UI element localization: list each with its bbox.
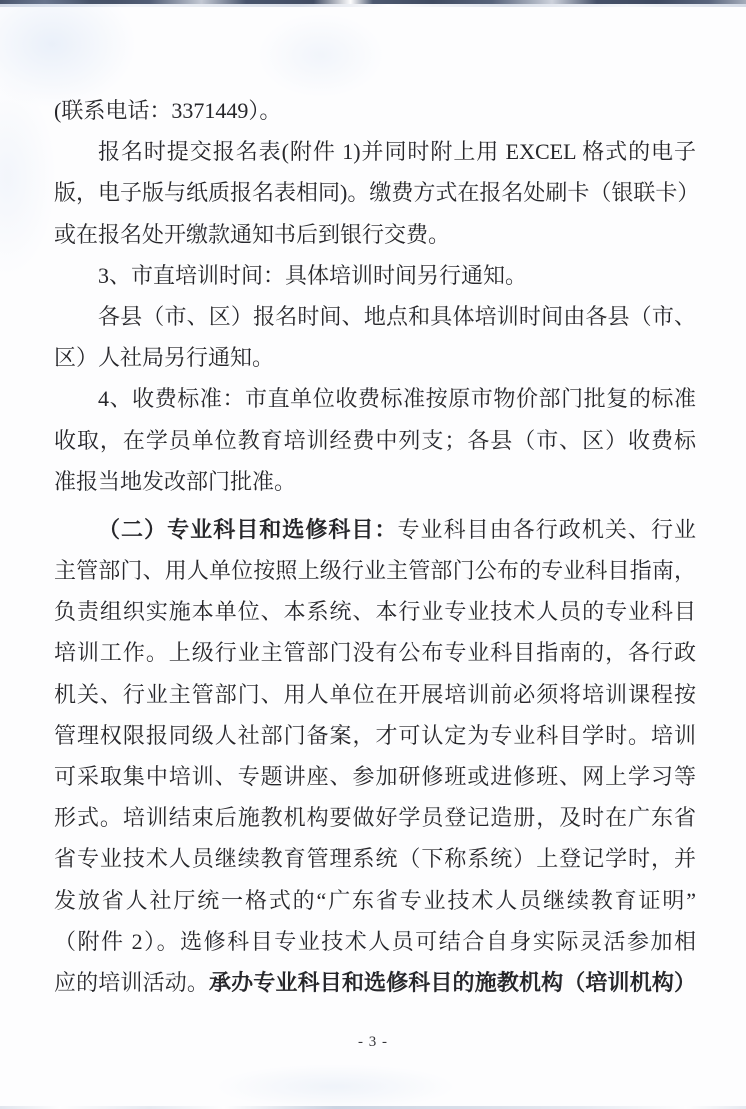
bold-text-segment: 承办专业科目和选修科目的施教机构（培训机构）: [209, 970, 696, 995]
text-line: 各县（市、区）报名时间、地点和具体培训时间由各县（市、: [54, 296, 696, 337]
text-line: 准报当地发改部门批准。: [54, 461, 696, 502]
text-line: 区）人社局另行通知。: [54, 337, 696, 378]
text-segment: 省专业技术人员继续教育管理系统（下称系统）上登记学时，并: [54, 846, 696, 871]
text-line: 形式。培训结束后施教机构要做好学员登记造册，及时在广东省: [54, 797, 696, 838]
scan-artifact-top-edge-soft: [0, 4, 746, 7]
text-segment: 报名时提交报名表(附件 1)并同时附上用 EXCEL 格式的电子: [98, 139, 696, 164]
text-line: 发放省人社厅统一格式的“广东省专业技术人员继续教育证明”: [54, 880, 696, 921]
text-line: （二）专业科目和选修科目：专业科目由各行政机关、行业: [54, 509, 696, 550]
text-segment: 收取，在学员单位教育培训经费中列支；各县（市、区）收费标: [54, 428, 696, 453]
text-line: 版，电子版与纸质报名表相同)。缴费方式在报名处刷卡（银联卡）: [54, 172, 696, 213]
text-line: 应的培训活动。承办专业科目和选修科目的施教机构（培训机构）: [54, 962, 696, 1003]
text-line: 主管部门、用人单位按照上级行业主管部门公布的专业科目指南，: [54, 550, 696, 591]
text-segment: 可采取集中培训、专题讲座、参加研修班或进修班、网上学习等: [54, 764, 696, 789]
text-line: 管理权限报同级人社部门备案，才可认定为专业科目学时。培训: [54, 715, 696, 756]
text-segment: 专业科目由各行政机关、行业: [398, 517, 696, 542]
text-segment: 机关、行业主管部门、用人单位在开展培训前必须将培训课程按: [54, 682, 696, 707]
text-segment: 培训工作。上级行业主管部门没有公布专业科目指南的，各行政: [54, 640, 696, 665]
text-segment: 4、收费标准：市直单位收费标准按原市物价部门批复的标准: [98, 386, 696, 411]
page-number: - 3 -: [0, 1034, 746, 1051]
text-segment: 准报当地发改部门批准。: [54, 469, 296, 494]
text-segment: 应的培训活动。: [54, 970, 209, 995]
text-line: 4、收费标准：市直单位收费标准按原市物价部门批复的标准: [54, 378, 696, 419]
document-page: (联系电话：3371449）。报名时提交报名表(附件 1)并同时附上用 EXCE…: [0, 0, 746, 1109]
text-line: （附件 2）。选修科目专业技术人员可结合自身实际灵活参加相: [54, 921, 696, 962]
text-line: 收取，在学员单位教育培训经费中列支；各县（市、区）收费标: [54, 420, 696, 461]
text-segment: 区）人社局另行通知。: [54, 345, 274, 370]
text-line: 3、市直培训时间：具体培训时间另行通知。: [54, 255, 696, 296]
text-line: 或在报名处开缴款通知书后到银行交费。: [54, 214, 696, 255]
text-segment: 形式。培训结束后施教机构要做好学员登记造册，及时在广东省: [54, 805, 696, 830]
bold-text-segment: （二）专业科目和选修科目：: [98, 517, 398, 542]
text-line: 负责组织实施本单位、本系统、本行业专业技术人员的专业科目: [54, 591, 696, 632]
text-line: 培训工作。上级行业主管部门没有公布专业科目指南的，各行政: [54, 632, 696, 673]
text-segment: 3、市直培训时间：具体培训时间另行通知。: [98, 263, 527, 288]
text-segment: 版，电子版与纸质报名表相同)。缴费方式在报名处刷卡（银联卡）: [54, 180, 699, 205]
text-segment: （附件 2）。选修科目专业技术人员可结合自身实际灵活参加相: [54, 929, 696, 954]
text-segment: 发放省人社厅统一格式的“广东省专业技术人员继续教育证明”: [54, 888, 696, 913]
text-segment: 负责组织实施本单位、本系统、本行业专业技术人员的专业科目: [54, 599, 696, 624]
text-line: (联系电话：3371449）。: [54, 90, 696, 131]
text-segment: 管理权限报同级人社部门备案，才可认定为专业科目学时。培训: [54, 723, 696, 748]
text-line: 省专业技术人员继续教育管理系统（下称系统）上登记学时，并: [54, 838, 696, 879]
document-body: (联系电话：3371449）。报名时提交报名表(附件 1)并同时附上用 EXCE…: [54, 90, 696, 1003]
text-line: 机关、行业主管部门、用人单位在开展培训前必须将培训课程按: [54, 674, 696, 715]
text-segment: 或在报名处开缴款通知书后到银行交费。: [54, 222, 450, 247]
text-line: 报名时提交报名表(附件 1)并同时附上用 EXCEL 格式的电子: [54, 131, 696, 172]
text-segment: 各县（市、区）报名时间、地点和具体培训时间由各县（市、: [98, 304, 696, 329]
text-segment: 主管部门、用人单位按照上级行业主管部门公布的专业科目指南，: [54, 558, 696, 583]
text-line: 可采取集中培训、专题讲座、参加研修班或进修班、网上学习等: [54, 756, 696, 797]
text-segment: (联系电话：3371449）。: [54, 98, 281, 123]
